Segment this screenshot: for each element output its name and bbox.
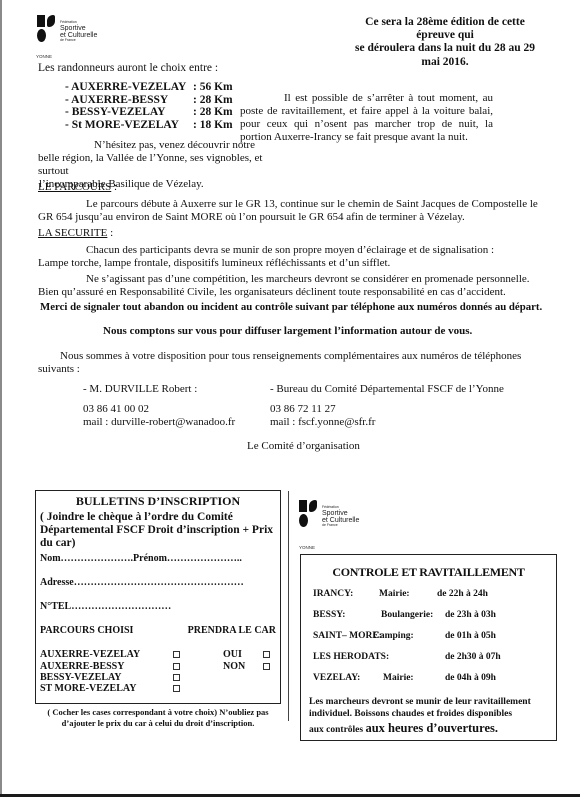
checkbox[interactable] [173,663,180,670]
securite-paragraph-1: Chacun des participants devra se munir d… [38,244,494,270]
route-name: - St MORE-VEZELAY [65,119,193,132]
ravitaillement-paragraph: Il est possible de s’arrêter à tout mome… [240,92,493,144]
fscf-logo-icon [299,500,319,528]
securite-p1-line-1: Chacun des participants devra se munir d… [38,244,494,257]
logo-text-tiny: de France [322,524,359,528]
securite-heading: LA SECURITE : [38,227,113,240]
abandon-notice: Merci de signaler tout abandon ou incide… [40,301,542,314]
divider [288,491,289,721]
route-name: - AUXERRE-VEZELAY [65,81,193,94]
stop-time: de 01h à 05h [445,631,496,642]
contact-durville: - M. DURVILLE Robert : 03 86 41 00 02 ma… [83,383,235,429]
logo-region: YONNE [36,54,52,59]
checkbox[interactable] [173,651,180,658]
parcours-heading-text: LE PARCOURS [38,181,111,193]
parcours-option[interactable]: BESSY-VEZELAY [40,672,276,683]
logo-text-1: Sportive [322,510,348,517]
securite-p2-line-1: Ne s’agissant pas d’une compétition, les… [38,273,530,286]
controle-note-line-3: aux contrôles [309,725,365,735]
controle-title: CONTROLE ET RAVITAILLEMENT [301,565,556,579]
option-label: AUXERRE-VEZELAY [40,649,173,660]
decouvrir-line-1: N’hésitez pas, venez découvrir notre [38,139,273,152]
intro-text: Les randonneurs auront le choix entre : [38,62,218,76]
form-section-headings: PARCOURS CHOISI PRENDRA LE CAR [40,625,276,637]
controle-note-line-1: Les marcheurs devront se munir de leur r… [309,697,531,709]
fscf-logo: Fédération Sportive et Culturelle de Fra… [299,500,359,528]
route-list: - AUXERRE-VEZELAY: 56 Km - AUXERRE-BESSY… [65,81,233,132]
parcours-line-1: Le parcours débute à Auxerre sur le GR 1… [38,198,538,211]
fscf-logo-icon [37,15,57,43]
adresse-field[interactable]: Adresse…………………………………………… [40,577,276,589]
page-edge [0,0,2,797]
contact-phone: 03 86 41 00 02 [83,403,235,416]
checkbox[interactable] [263,663,270,670]
inscription-subtitle: ( Joindre le chèque à l’ordre du Comité … [40,511,276,549]
stop-location: Camping: [373,631,414,642]
stop-time: de 2h30 à 07h [445,652,501,663]
stop-place: IRANCY: [313,589,353,600]
inscription-note: ( Cocher les cases correspondant à votre… [30,707,286,728]
stop-time: de 04h à 09h [445,673,496,684]
contact-mail[interactable]: mail : durville-robert@wanadoo.fr [83,416,235,429]
signature: Le Comité d’organisation [247,440,360,453]
choices: AUXERRE-VEZELAY AUXERRE-BESSY BESSY-VEZE… [40,649,276,694]
fscf-logo: Fédération Sportive et Culturelle de Fra… [37,15,97,43]
stop-place: BESSY: [313,610,345,621]
securite-paragraph-2: Ne s’agissant pas d’une compétition, les… [38,273,530,299]
route-name: - AUXERRE-BESSY [65,94,193,107]
stop-time: de 23h à 03h [445,610,496,621]
controle-note: Les marcheurs devront se munir de leur r… [309,697,531,737]
checkbox[interactable] [173,685,180,692]
route-distance: : 18 Km [193,119,233,132]
heading-suffix: : [107,227,113,239]
parcours-choisi-heading: PARCOURS CHOISI [40,625,133,637]
stop-place: LES HERODATS: [313,652,389,663]
securite-heading-text: LA SECURITE [38,227,107,239]
disposition-line-1: Nous sommes à votre disposition pour tou… [38,350,521,363]
contact-name: - M. DURVILLE Robert : [83,383,235,396]
stop-place: SAINT– MORE: [313,631,382,642]
route-distance: : 28 Km [193,94,233,107]
disposition-line-2: suivants : [38,363,521,376]
tel-field[interactable]: N°TEL………………………… [40,601,276,613]
option-label: ST MORE-VEZELAY [40,683,173,694]
header-title: Ce sera la 28ème édition de cette épreuv… [345,16,545,69]
contact-bureau: - Bureau du Comité Départemental FSCF de… [270,383,504,429]
route-item: - AUXERRE-BESSY: 28 Km [65,94,233,107]
controle-note-emphasis: aux heures d’ouvertures. [365,721,498,735]
nom-prenom-field[interactable]: Nom………………….Prénom………………….. [40,553,276,565]
parcours-option[interactable]: ST MORE-VEZELAY [40,683,276,694]
route-distance: : 56 Km [193,81,233,94]
route-item: - St MORE-VEZELAY: 18 Km [65,119,233,132]
prendra-car-heading: PRENDRA LE CAR [188,625,276,637]
securite-p1-line-2: Lampe torche, lampe frontale, dispositif… [38,257,494,270]
parcours-line-2: GR 654 jusqu’au environ de Saint MORE où… [38,211,538,224]
stop-time: de 22h à 24h [437,589,488,600]
checkbox[interactable] [173,674,180,681]
logo-text-1: Sportive [60,25,86,32]
car-option[interactable]: NON [223,661,270,672]
option-label: BESSY-VEZELAY [40,672,173,683]
option-label: AUXERRE-BESSY [40,661,173,672]
option-label: OUI [223,649,263,660]
controle-box: CONTROLE ET RAVITAILLEMENT IRANCY: Mairi… [300,554,557,741]
route-item: - BESSY-VEZELAY: 28 Km [65,106,233,119]
car-options: OUI NON [223,649,270,671]
disposition-paragraph: Nous sommes à votre disposition pour tou… [38,350,521,376]
decouvrir-line-2: belle région, la Vallée de l’Yonne, ses … [38,152,273,178]
route-name: - BESSY-VEZELAY [65,106,193,119]
contact-name: - Bureau du Comité Départemental FSCF de… [270,383,504,396]
securite-p2-line-2: Bien qu’assuré en Responsabilité Civile,… [38,286,530,299]
stop-location: Mairie: [383,673,414,684]
logo-text-tiny: de France [60,39,97,43]
contact-phone: 03 86 72 11 27 [270,403,504,416]
header-line-2: se déroulera dans la nuit du 28 au 29 ma… [345,42,545,68]
parcours-heading: LE PARCOURS : [38,181,117,194]
inscription-title: BULLETINS D’INSCRIPTION [40,494,276,508]
diffuser-notice: Nous comptons sur vous pour diffuser lar… [103,325,472,338]
parcours-text: Le parcours débute à Auxerre sur le GR 1… [38,198,538,224]
stop-location: Boulangerie: [381,610,433,621]
route-item: - AUXERRE-VEZELAY: 56 Km [65,81,233,94]
car-option[interactable]: OUI [223,649,270,660]
stop-place: VEZELAY: [313,673,360,684]
contact-mail[interactable]: mail : fscf.yonne@sfr.fr [270,416,504,429]
heading-suffix: : [111,181,117,193]
checkbox[interactable] [263,651,270,658]
header-line-1: Ce sera la 28ème édition de cette épreuv… [345,16,545,42]
logo-region: YONNE [299,545,315,550]
route-distance: : 28 Km [193,106,233,119]
option-label: NON [223,661,263,672]
controle-note-line-2: individuel. Boissons chaudes et froides … [309,709,531,721]
inscription-form: BULLETINS D’INSCRIPTION ( Joindre le chè… [35,490,281,704]
stop-location: Mairie: [379,589,410,600]
